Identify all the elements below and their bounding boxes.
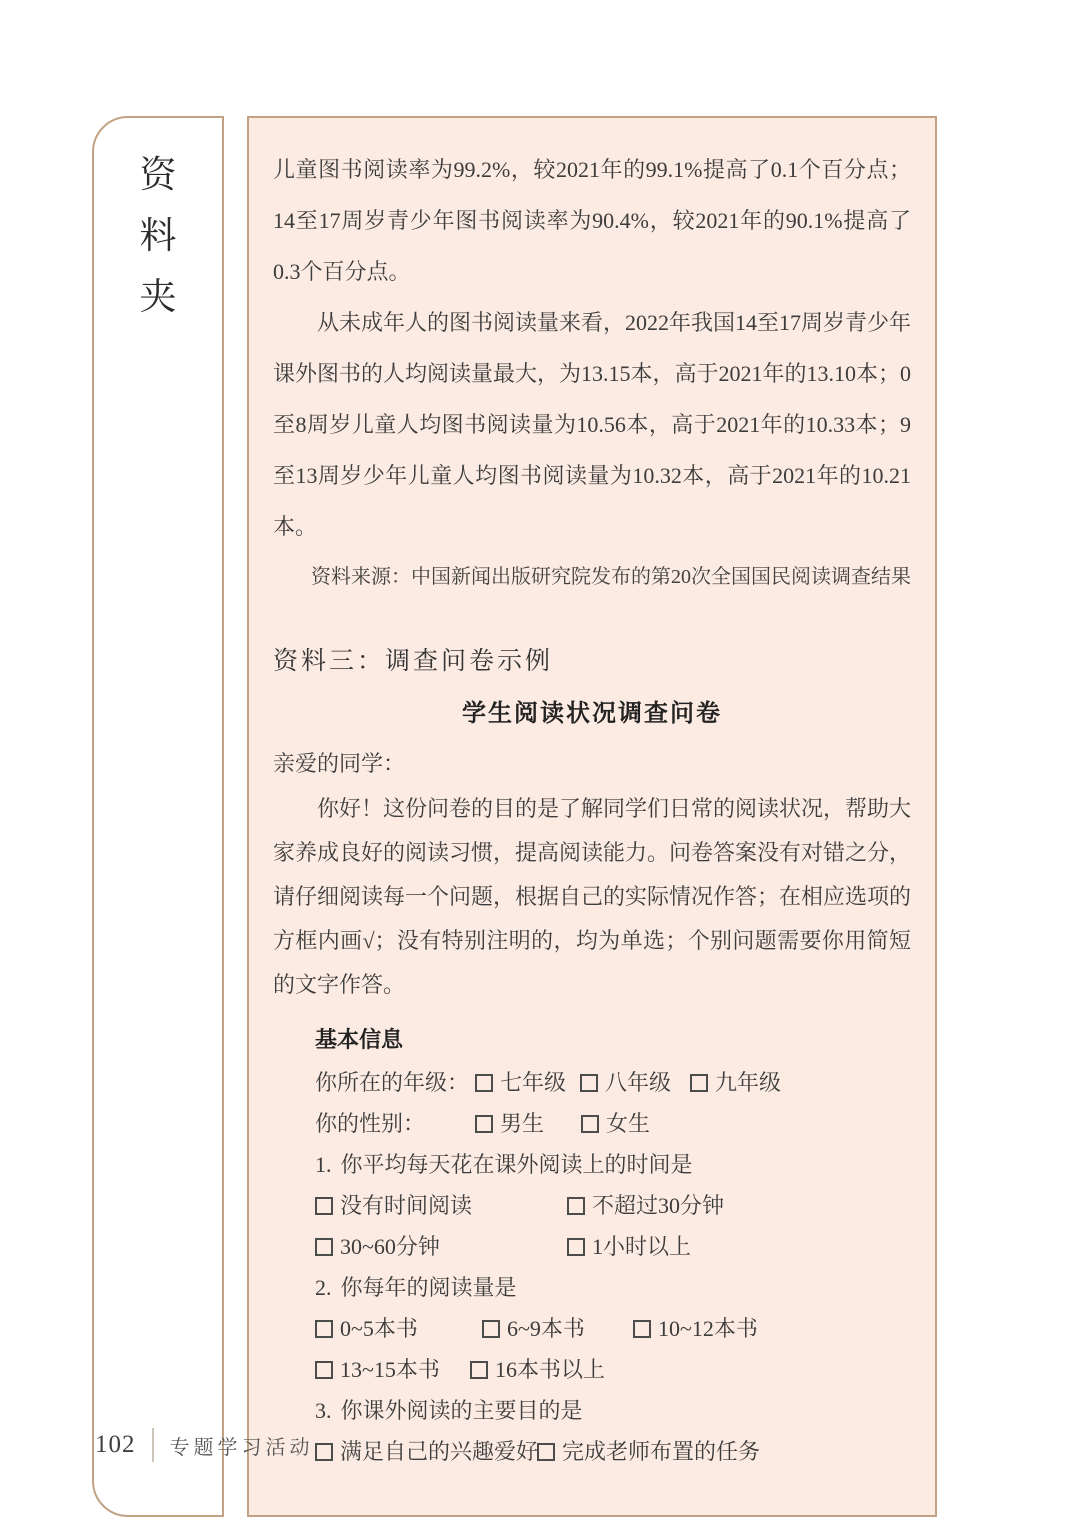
option-label: 30~60分钟	[340, 1233, 440, 1261]
gender-option-label: 女生	[606, 1110, 650, 1138]
question-2-options-row-2: 13~15本书 16本书以上	[315, 1356, 911, 1384]
questionnaire-body: 基本信息 你所在的年级： 七年级 八年级 九年级	[315, 1023, 911, 1466]
textbook-page: 资 料 夹 儿童图书阅读率为99.2%，较2021年的99.1%提高了0.1个百…	[0, 0, 1080, 1526]
checkbox-icon	[482, 1320, 500, 1338]
questionnaire-title: 学生阅读状况调查问卷	[273, 693, 911, 728]
material-box: 儿童图书阅读率为99.2%，较2021年的99.1%提高了0.1个百分点；14至…	[247, 116, 937, 1517]
option: 6~9本书	[482, 1315, 633, 1343]
paragraph-reading-rate: 儿童图书阅读率为99.2%，较2021年的99.1%提高了0.1个百分点；14至…	[273, 144, 911, 297]
grade-option-label: 七年级	[500, 1069, 566, 1097]
gender-row: 你的性别： 男生 女生	[315, 1110, 911, 1138]
option: 完成老师布置的任务	[537, 1438, 760, 1466]
checkbox-icon	[567, 1238, 585, 1256]
checkbox-icon	[537, 1443, 555, 1461]
questionnaire-intro: 你好！这份问卷的目的是了解同学们日常的阅读状况，帮助大家养成良好的阅读习惯，提高…	[273, 787, 911, 1007]
checkbox-icon	[315, 1443, 333, 1461]
source-attribution: 资料来源：中国新闻出版研究院发布的第20次全国国民阅读调查结果	[273, 560, 911, 589]
question-2: 2. 你每年的阅读量是	[315, 1274, 911, 1302]
question-number: 2.	[315, 1274, 332, 1302]
question-2-options-row-1: 0~5本书 6~9本书 10~12本书	[315, 1315, 911, 1343]
folder-tab-char-3: 夹	[140, 266, 177, 320]
option: 满足自己的兴趣爱好	[315, 1438, 537, 1466]
page-number: 102	[95, 1431, 136, 1459]
gender-option-label: 男生	[500, 1110, 544, 1138]
grade-option-label: 八年级	[605, 1069, 671, 1097]
checkbox-icon	[475, 1074, 493, 1092]
question-number: 1.	[315, 1151, 332, 1179]
option-label: 13~15本书	[340, 1356, 440, 1384]
grade-option-label: 九年级	[715, 1069, 781, 1097]
question-1: 1. 你平均每天花在课外阅读上的时间是	[315, 1151, 911, 1179]
page-footer: 102 专题学习活动	[95, 1428, 314, 1462]
basic-info-heading: 基本信息	[315, 1023, 911, 1054]
option-label: 6~9本书	[507, 1315, 585, 1343]
material-three-heading: 资料三：调查问卷示例	[273, 641, 911, 677]
option: 16本书以上	[470, 1356, 605, 1384]
option: 30~60分钟	[315, 1233, 567, 1261]
checkbox-icon	[581, 1115, 599, 1133]
option: 13~15本书	[315, 1356, 470, 1384]
option-label: 1小时以上	[592, 1233, 691, 1261]
option: 0~5本书	[315, 1315, 482, 1343]
grade-row: 你所在的年级： 七年级 八年级 九年级	[315, 1069, 911, 1097]
checkbox-icon	[470, 1361, 488, 1379]
option-label: 完成老师布置的任务	[562, 1438, 760, 1466]
option: 1小时以上	[567, 1233, 691, 1261]
question-text: 你课外阅读的主要目的是	[341, 1397, 583, 1425]
salutation: 亲爱的同学：	[273, 746, 911, 781]
gender-label: 你的性别：	[315, 1110, 475, 1138]
question-text: 你平均每天花在课外阅读上的时间是	[341, 1151, 693, 1179]
question-text: 你每年的阅读量是	[341, 1274, 517, 1302]
folder-tab-label: 资 料 夹	[140, 118, 177, 1515]
gender-option-female: 女生	[581, 1110, 650, 1138]
question-1-options-row-1: 没有时间阅读 不超过30分钟	[315, 1192, 911, 1220]
checkbox-icon	[475, 1115, 493, 1133]
option-label: 满足自己的兴趣爱好	[340, 1438, 538, 1466]
folder-tab: 资 料 夹	[92, 116, 224, 1517]
question-number: 3.	[315, 1397, 332, 1425]
grade-option-9: 九年级	[690, 1069, 781, 1097]
option-label: 不超过30分钟	[592, 1192, 724, 1220]
checkbox-icon	[315, 1361, 333, 1379]
checkbox-icon	[580, 1074, 598, 1092]
footer-divider	[152, 1428, 154, 1462]
option: 不超过30分钟	[567, 1192, 724, 1220]
gender-option-male: 男生	[475, 1110, 581, 1138]
option-label: 16本书以上	[495, 1356, 605, 1384]
checkbox-icon	[567, 1197, 585, 1215]
paragraph-reading-volume: 从未成年人的图书阅读量来看，2022年我国14至17周岁青少年课外图书的人均阅读…	[273, 297, 911, 552]
option: 10~12本书	[633, 1315, 758, 1343]
grade-option-7: 七年级	[475, 1069, 580, 1097]
option-label: 0~5本书	[340, 1315, 418, 1343]
checkbox-icon	[315, 1320, 333, 1338]
option-label: 10~12本书	[658, 1315, 758, 1343]
option-label: 没有时间阅读	[340, 1192, 472, 1220]
checkbox-icon	[315, 1197, 333, 1215]
question-3-options-row-1: 满足自己的兴趣爱好 完成老师布置的任务	[315, 1438, 911, 1466]
option: 没有时间阅读	[315, 1192, 567, 1220]
question-3: 3. 你课外阅读的主要目的是	[315, 1397, 911, 1425]
checkbox-icon	[633, 1320, 651, 1338]
checkbox-icon	[315, 1238, 333, 1256]
grade-option-8: 八年级	[580, 1069, 690, 1097]
question-1-options-row-2: 30~60分钟 1小时以上	[315, 1233, 911, 1261]
grade-label: 你所在的年级：	[315, 1069, 475, 1097]
folder-tab-char-2: 料	[140, 205, 177, 259]
content-area: 资 料 夹 儿童图书阅读率为99.2%，较2021年的99.1%提高了0.1个百…	[92, 116, 937, 1517]
folder-tab-char-1: 资	[140, 144, 177, 198]
footer-section-title: 专题学习活动	[170, 1431, 314, 1460]
checkbox-icon	[690, 1074, 708, 1092]
